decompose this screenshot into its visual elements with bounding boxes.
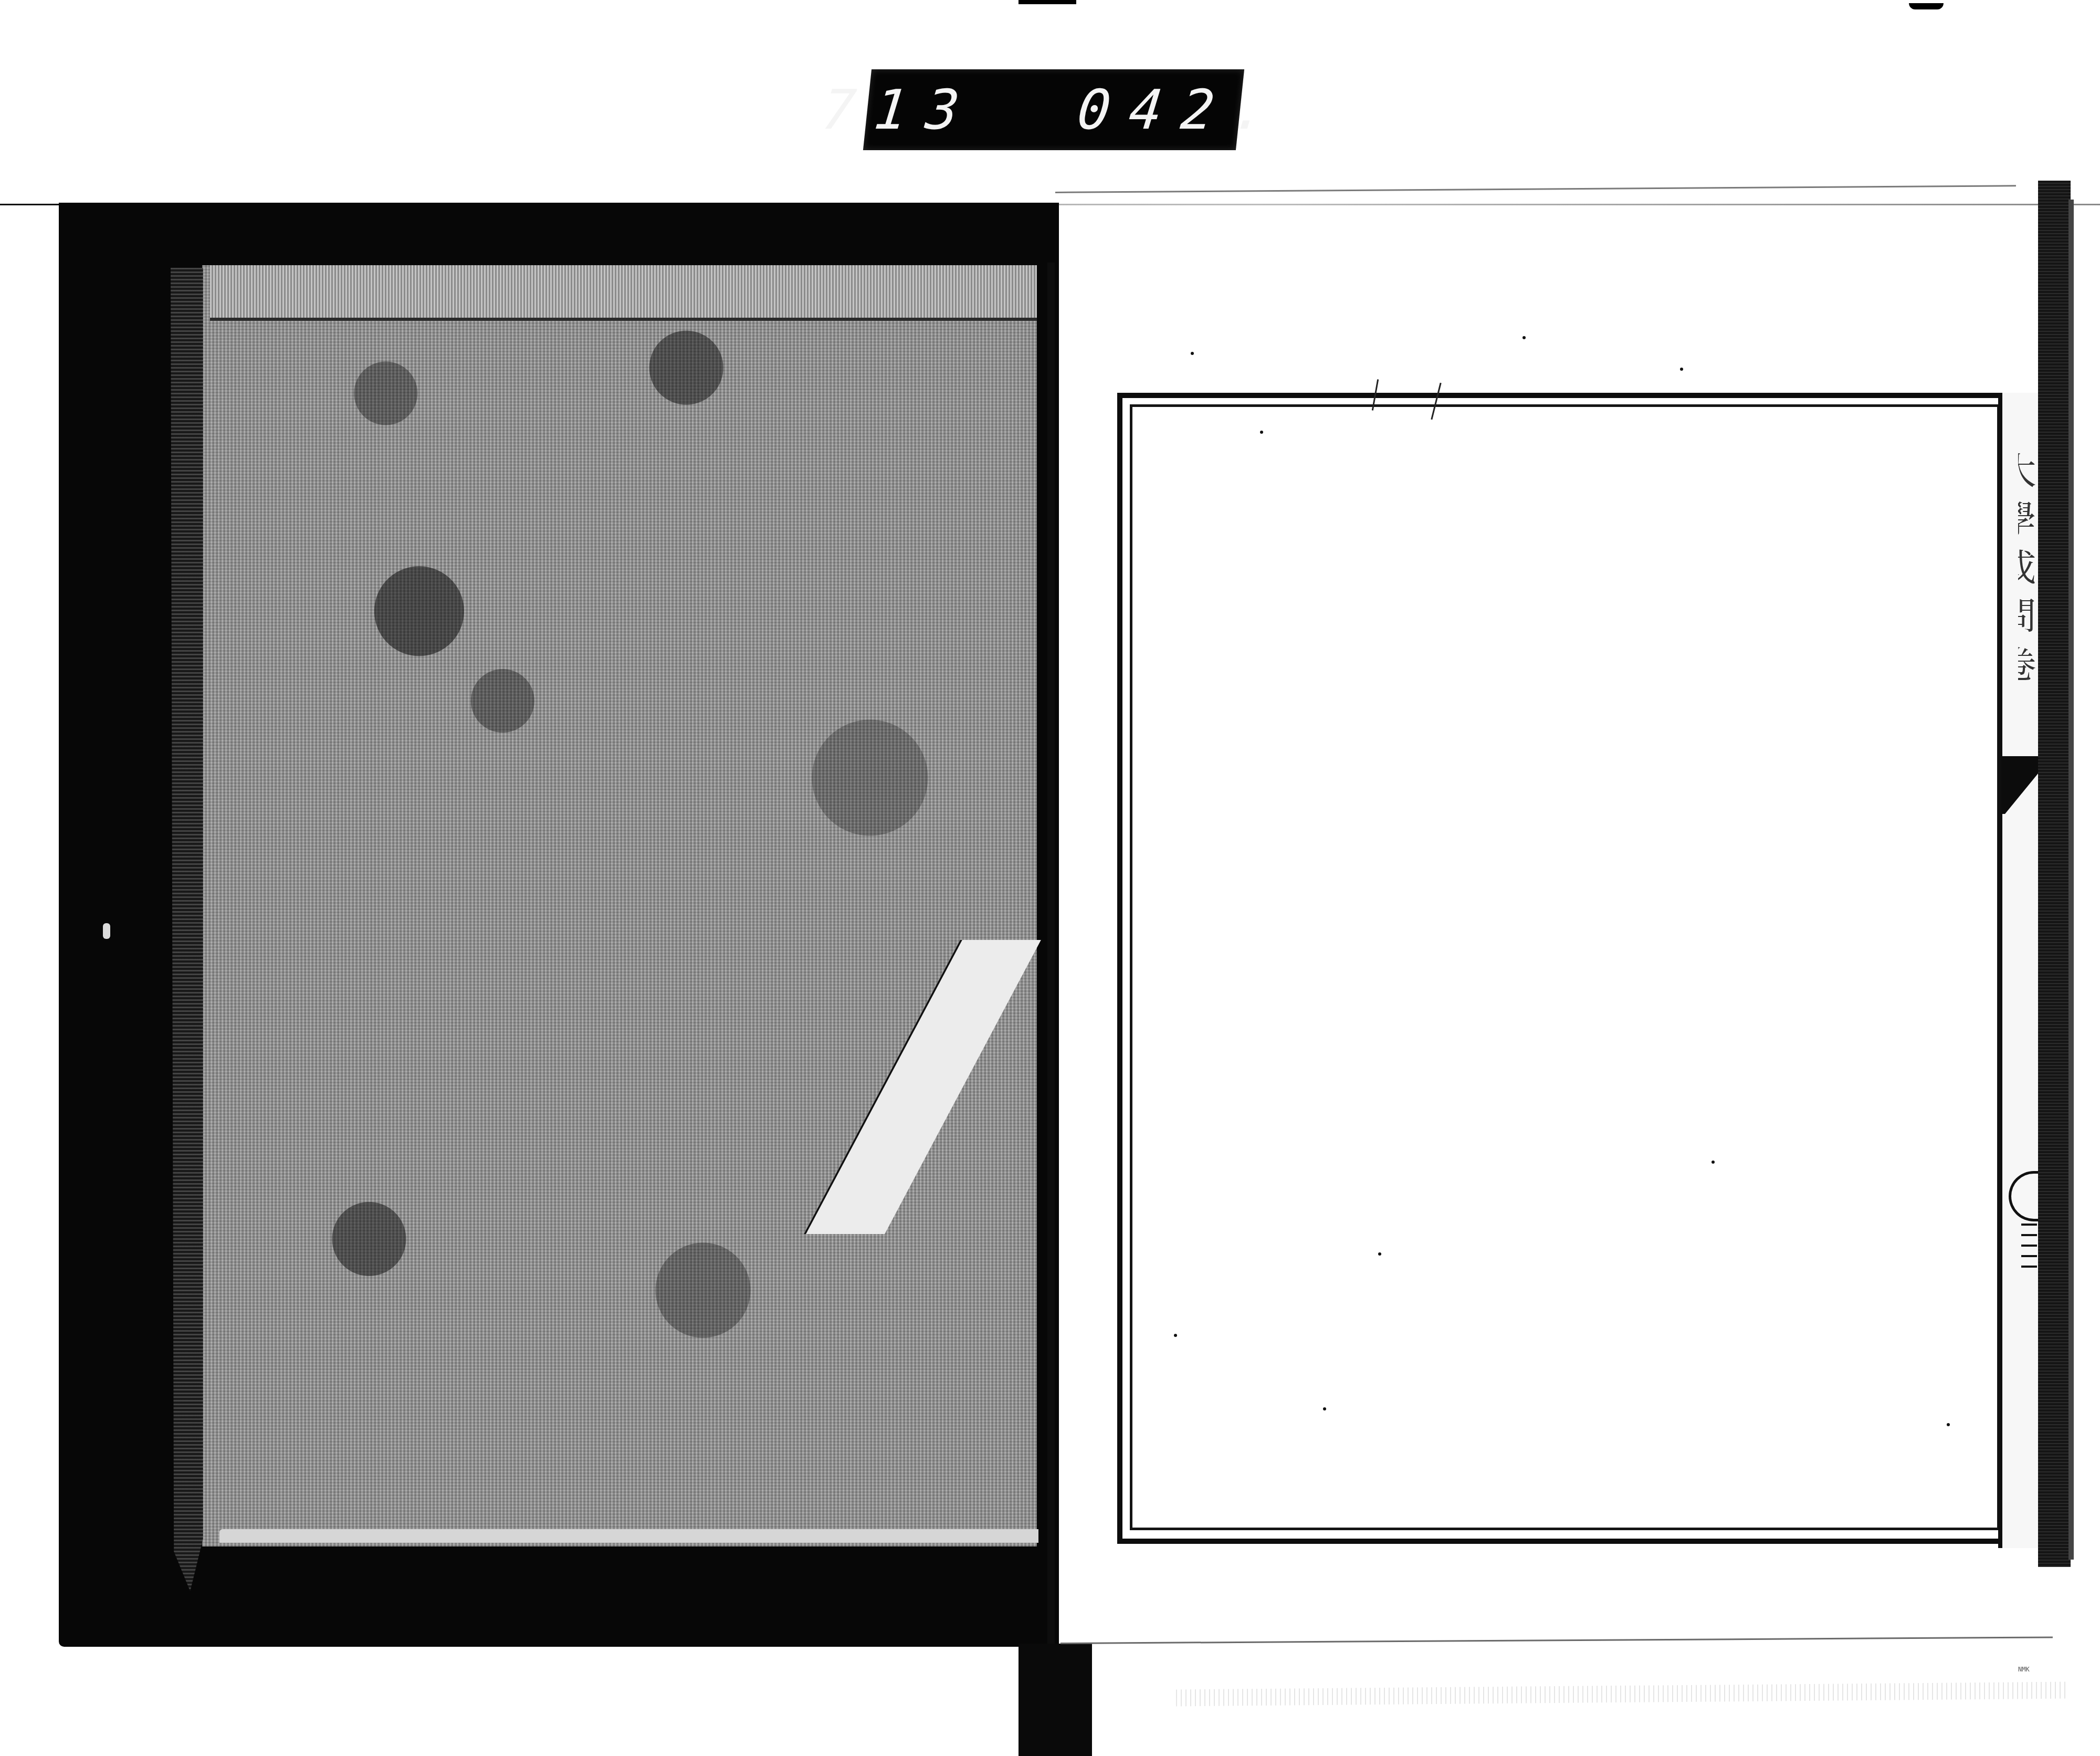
page-clip-mark	[103, 923, 110, 939]
scan-noise-band	[1176, 1682, 2068, 1707]
film-edge-mark	[1909, 3, 1944, 9]
page-top-edge	[1055, 185, 2016, 193]
scan-speck	[1947, 1423, 1950, 1426]
page-border-inner	[1130, 404, 2001, 1530]
gutter-shadow	[1018, 1644, 1092, 1756]
book-cover-marbled-panel	[202, 265, 1037, 1546]
scan-speck	[1323, 1407, 1326, 1410]
book-fore-edge-shadow	[2068, 200, 2074, 1560]
scan-speck	[1522, 336, 1526, 339]
scan-speck	[1260, 431, 1263, 434]
cover-spine-strip	[171, 268, 203, 1591]
scan-speck	[1378, 1252, 1381, 1256]
counter-frame-number: 042.	[1074, 78, 1288, 142]
film-edge-mark	[1018, 0, 1076, 4]
cover-bottom-band	[219, 1529, 1038, 1543]
scan-corner-label: NMK	[2018, 1666, 2030, 1673]
fold-tick-marks	[2021, 1224, 2037, 1271]
book-fore-edge	[2038, 181, 2071, 1567]
scan-speck	[1711, 1161, 1715, 1164]
scan-speck	[1191, 352, 1194, 355]
counter-reel-number: 713	[819, 78, 981, 142]
page-bottom-edge	[1060, 1636, 2053, 1644]
scan-speck	[1680, 368, 1683, 371]
cover-top-band	[210, 265, 1037, 321]
frame-counter: 713 042.	[863, 69, 1244, 150]
scan-speck	[1174, 1334, 1177, 1337]
cover-right-edge	[1047, 263, 1055, 1644]
